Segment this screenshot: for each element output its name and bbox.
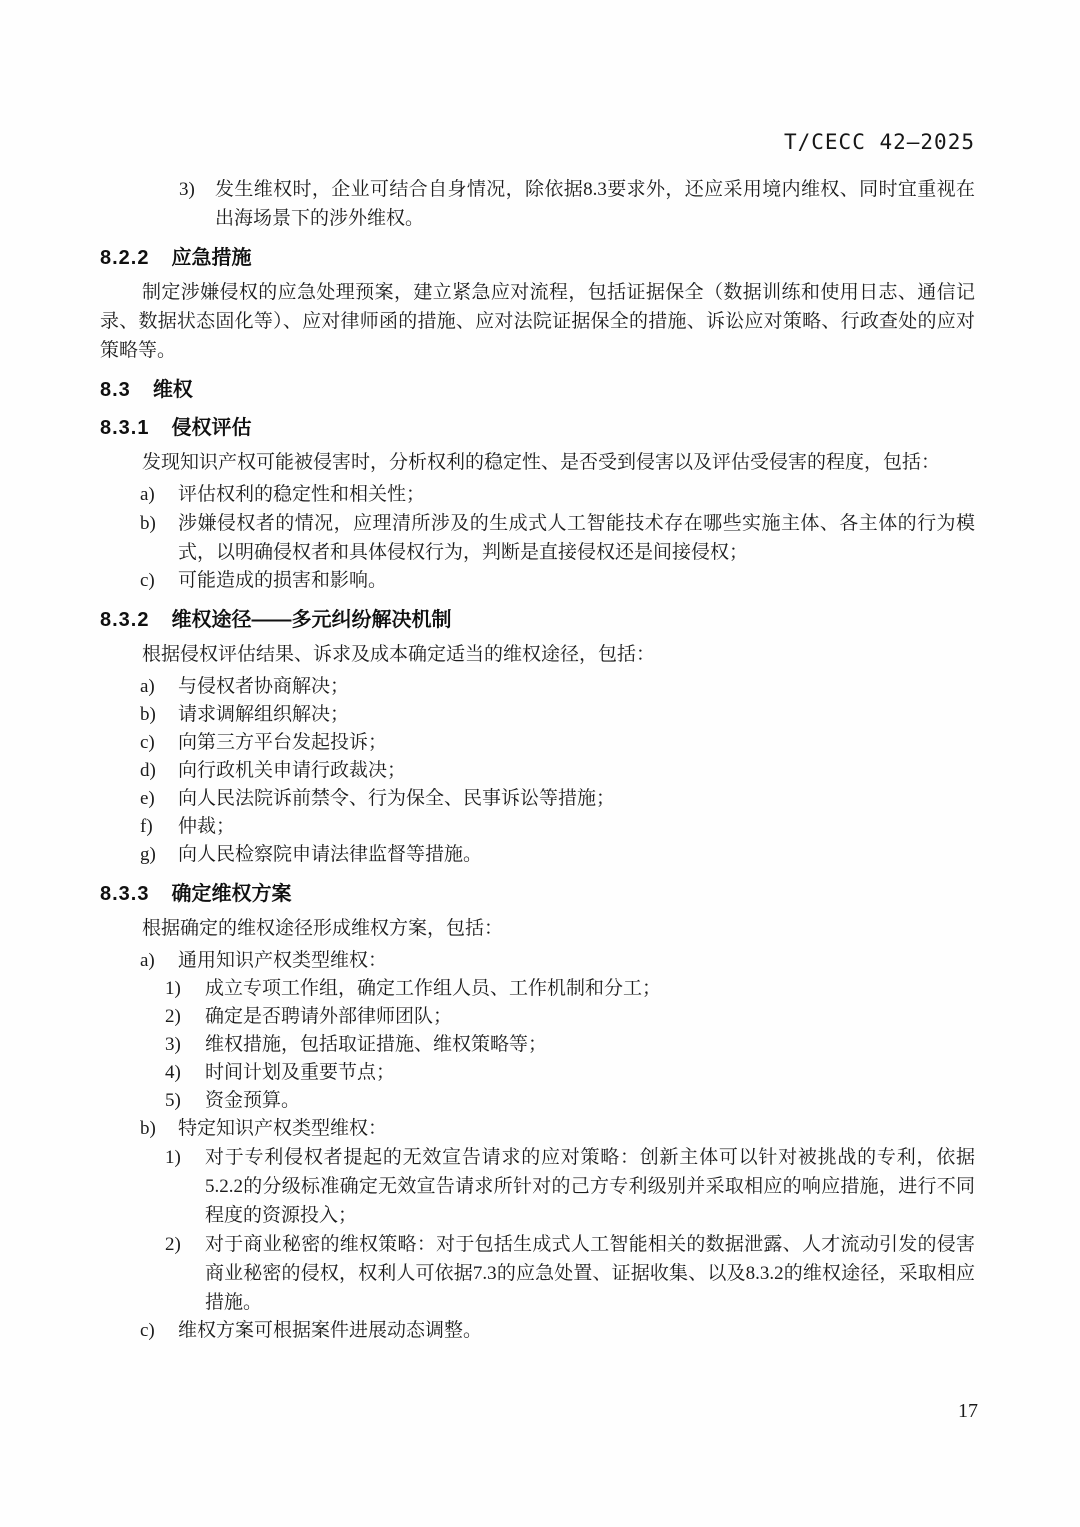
- list-item-text: 仲裁；: [178, 816, 235, 837]
- list-item-text: 向人民法院诉前禁令、行为保全、民事诉讼等措施；: [178, 788, 615, 809]
- list-item: b) 特定知识产权类型维权：: [100, 1115, 975, 1143]
- list-marker: b): [140, 701, 156, 729]
- list-item: c) 向第三方平台发起投诉；: [100, 729, 975, 757]
- list-marker: c): [140, 1317, 155, 1345]
- heading-number: 8.3: [100, 379, 131, 401]
- list-item: f) 仲裁；: [100, 813, 975, 841]
- page-content: 3) 发生维权时，企业可结合自身情况，除依据8.3要求外，还应采用境内维权、同时…: [100, 175, 975, 1345]
- list-marker: a): [140, 947, 155, 975]
- list-item-text: 向第三方平台发起投诉；: [178, 732, 387, 753]
- list-item-text: 通用知识产权类型维权：: [178, 950, 387, 971]
- sub-list-item: 2) 对于商业秘密的维权策略：对于包括生成式人工智能相关的数据泄露、人才流动引发…: [100, 1230, 975, 1317]
- heading-title: 侵权评估: [171, 417, 251, 439]
- heading-title: 维权途径——多元纠纷解决机制: [171, 609, 451, 631]
- list-8-3-1: a) 评估权利的稳定性和相关性； b) 涉嫌侵权者的情况，应理清所涉及的生成式人…: [100, 481, 975, 595]
- section-heading-8-2-2: 8.2.2应急措施: [100, 245, 975, 271]
- section-paragraph-8-3-1: 发现知识产权可能被侵害时，分析权利的稳定性、是否受到侵害以及评估受侵害的程度，包…: [100, 448, 975, 477]
- list-item-text: 确定是否聘请外部律师团队；: [205, 1006, 452, 1027]
- intro-list-item: 3) 发生维权时，企业可结合自身情况，除依据8.3要求外，还应采用境内维权、同时…: [100, 175, 975, 233]
- section-paragraph-8-3-2: 根据侵权评估结果、诉求及成本确定适当的维权途径，包括：: [100, 640, 975, 669]
- list-8-3-2: a) 与侵权者协商解决； b) 请求调解组织解决； c) 向第三方平台发起投诉；…: [100, 673, 975, 869]
- list-marker: 1): [165, 975, 181, 1003]
- section-heading-8-3-1: 8.3.1侵权评估: [100, 415, 975, 441]
- heading-title: 确定维权方案: [171, 883, 291, 905]
- list-item: c) 维权方案可根据案件进展动态调整。: [100, 1317, 975, 1345]
- list-item-text: 向人民检察院申请法律监督等措施。: [178, 844, 482, 865]
- list-item-text: 对于商业秘密的维权策略：对于包括生成式人工智能相关的数据泄露、人才流动引发的侵害…: [205, 1234, 975, 1313]
- heading-number: 8.3.2: [100, 609, 149, 631]
- list-item-text: 可能造成的损害和影响。: [178, 570, 387, 591]
- sub-list-item: 1) 成立专项工作组，确定工作组人员、工作机制和分工；: [100, 975, 975, 1003]
- heading-title: 应急措施: [171, 247, 251, 269]
- list-marker: b): [140, 1115, 156, 1143]
- section-heading-8-3: 8.3维权: [100, 377, 975, 403]
- list-item: e) 向人民法院诉前禁令、行为保全、民事诉讼等措施；: [100, 785, 975, 813]
- section-heading-8-3-3: 8.3.3确定维权方案: [100, 881, 975, 907]
- heading-title: 维权: [153, 379, 193, 401]
- list-item: a) 评估权利的稳定性和相关性；: [100, 481, 975, 509]
- list-marker: e): [140, 785, 155, 813]
- sub-list-item: 4) 时间计划及重要节点；: [100, 1059, 975, 1087]
- list-marker: 3): [179, 175, 195, 204]
- list-item-text: 维权措施，包括取证措施、维权策略等；: [205, 1034, 547, 1055]
- list-item-text: 特定知识产权类型维权：: [178, 1118, 387, 1139]
- list-item-text: 成立专项工作组，确定工作组人员、工作机制和分工；: [205, 978, 661, 999]
- list-marker: 5): [165, 1087, 181, 1115]
- heading-number: 8.3.3: [100, 883, 149, 905]
- list-marker: a): [140, 481, 155, 509]
- list-marker: 1): [165, 1143, 181, 1172]
- sub-list-item: 5) 资金预算。: [100, 1087, 975, 1115]
- sub-list-item: 3) 维权措施，包括取证措施、维权策略等；: [100, 1031, 975, 1059]
- section-heading-8-3-2: 8.3.2维权途径——多元纠纷解决机制: [100, 607, 975, 633]
- list-marker: 3): [165, 1031, 181, 1059]
- list-item: d) 向行政机关申请行政裁决；: [100, 757, 975, 785]
- list-item-text: 时间计划及重要节点；: [205, 1062, 395, 1083]
- list-item: a) 通用知识产权类型维权：: [100, 947, 975, 975]
- list-marker: c): [140, 567, 155, 595]
- list-marker: a): [140, 673, 155, 701]
- section-paragraph-8-3-3: 根据确定的维权途径形成维权方案，包括：: [100, 914, 975, 943]
- list-marker: c): [140, 729, 155, 757]
- list-item-text: 向行政机关申请行政裁决；: [178, 760, 406, 781]
- sub-list-item: 1) 对于专利侵权者提起的无效宣告请求的应对策略：创新主体可以针对被挑战的专利，…: [100, 1143, 975, 1230]
- list-item-text: 请求调解组织解决；: [178, 704, 349, 725]
- header-doc-number: T/CECC 42—2025: [784, 130, 975, 154]
- list-marker: g): [140, 841, 156, 869]
- sub-list-item: 2) 确定是否聘请外部律师团队；: [100, 1003, 975, 1031]
- list-item: g) 向人民检察院申请法律监督等措施。: [100, 841, 975, 869]
- section-paragraph-8-2-2: 制定涉嫌侵权的应急处理预案，建立紧急应对流程，包括证据保全（数据训练和使用日志、…: [100, 278, 975, 365]
- list-item-text: 资金预算。: [205, 1090, 300, 1111]
- document-page: T/CECC 42—2025 3) 发生维权时，企业可结合自身情况，除依据8.3…: [0, 0, 1080, 1527]
- list-item: c) 可能造成的损害和影响。: [100, 567, 975, 595]
- list-item: b) 涉嫌侵权者的情况，应理清所涉及的生成式人工智能技术存在哪些实施主体、各主体…: [100, 509, 975, 567]
- heading-number: 8.2.2: [100, 247, 149, 269]
- list-marker: 4): [165, 1059, 181, 1087]
- list-8-3-3: a) 通用知识产权类型维权： 1) 成立专项工作组，确定工作组人员、工作机制和分…: [100, 947, 975, 1345]
- list-item: b) 请求调解组织解决；: [100, 701, 975, 729]
- heading-number: 8.3.1: [100, 417, 149, 439]
- list-marker: 2): [165, 1003, 181, 1031]
- list-marker: d): [140, 757, 156, 785]
- list-item-text: 维权方案可根据案件进展动态调整。: [178, 1320, 482, 1341]
- list-item-text: 与侵权者协商解决；: [178, 676, 349, 697]
- list-marker: 2): [165, 1230, 181, 1259]
- list-item: a) 与侵权者协商解决；: [100, 673, 975, 701]
- list-marker: f): [140, 813, 153, 841]
- list-item-text: 涉嫌侵权者的情况，应理清所涉及的生成式人工智能技术存在哪些实施主体、各主体的行为…: [178, 513, 975, 563]
- list-item-text: 发生维权时，企业可结合自身情况，除依据8.3要求外，还应采用境内维权、同时宜重视…: [215, 179, 975, 229]
- list-item-text: 评估权利的稳定性和相关性；: [178, 484, 425, 505]
- list-marker: b): [140, 509, 156, 538]
- page-number: 17: [958, 1400, 978, 1423]
- list-item-text: 对于专利侵权者提起的无效宣告请求的应对策略：创新主体可以针对被挑战的专利，依据5…: [205, 1147, 975, 1226]
